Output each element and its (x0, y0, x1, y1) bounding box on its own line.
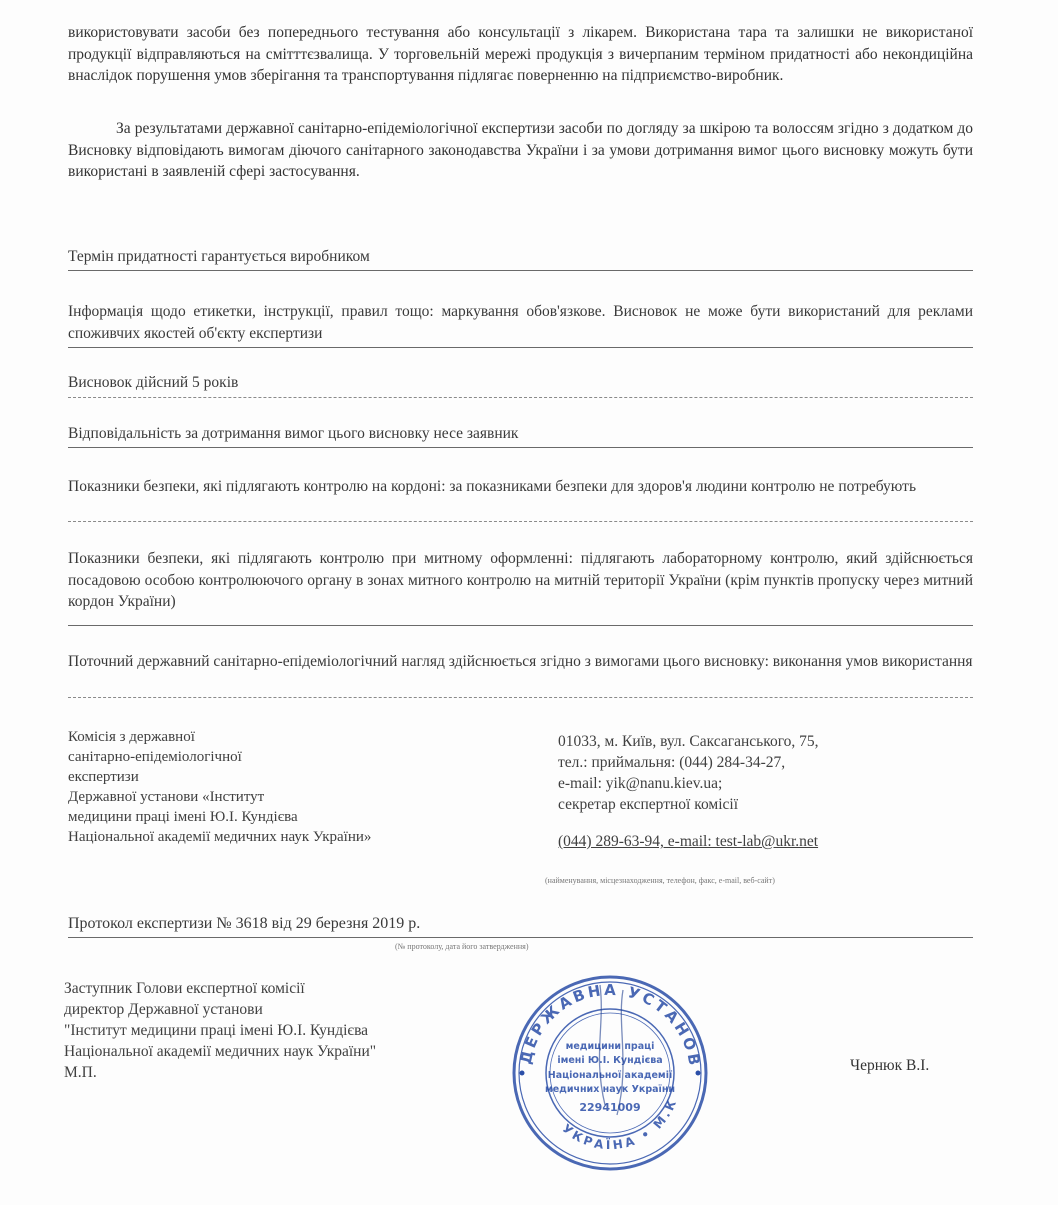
svg-text:медичних наук України: медичних наук України (545, 1084, 675, 1095)
commission-line: експертизи (68, 767, 371, 787)
signer-name: Чернюк В.І. (850, 1057, 929, 1075)
secretary-contact-line: (044) 289-63-94, e-mail: test-lab@ukr.ne… (558, 831, 819, 852)
commission-line: Національної академії медичних наук Укра… (68, 827, 371, 847)
divider (68, 625, 973, 626)
svg-text:імені Ю.І. Кундієва: імені Ю.І. Кундієва (557, 1055, 662, 1066)
secretary-line: секретар експертної комісії (558, 794, 819, 815)
svg-text:Національної академії: Національної академії (548, 1070, 673, 1081)
commission-block: Комісія з державної санітарно-епідеміоло… (68, 727, 371, 847)
protocol-caption: (№ протоколу, дата його затвердження) (395, 942, 528, 951)
commission-line: Комісія з державної (68, 727, 371, 747)
conclusion-text: За результатами державної санітарно-епід… (68, 120, 973, 180)
stamp-outer-text: ДЕРЖАВНА УСТАНОВА (505, 965, 704, 1069)
contact-caption: (найменування, місцезнаходження, телефон… (545, 876, 775, 885)
divider (68, 447, 973, 448)
field-validity: Висновок дійсний 5 років (68, 372, 973, 394)
conclusion-paragraph: За результатами державної санітарно-епід… (68, 118, 973, 183)
field-customs-control: Показники безпеки, які підлягають контро… (68, 548, 973, 613)
protocol-line: Протокол експертизи № 3618 від 29 березн… (68, 913, 973, 935)
svg-text:22941009: 22941009 (579, 1101, 640, 1114)
signature-line: Заступник Голови експертної комісії (64, 978, 376, 999)
svg-text:медицини праці: медицини праці (566, 1041, 655, 1052)
commission-line: санітарно-епідеміологічної (68, 747, 371, 767)
divider (68, 521, 973, 522)
signature-line: Національної академії медичних наук Укра… (64, 1041, 376, 1062)
official-stamp: ДЕРЖАВНА УСТАНОВА УКРАЇНА • М.КИЇВ медиц… (505, 965, 715, 1180)
email-line: e-mail: yik@nanu.kiev.ua; (558, 773, 819, 794)
signature-line: М.П. (64, 1062, 376, 1083)
commission-line: медицини праці імені Ю.І. Кундієва (68, 807, 371, 827)
divider (68, 937, 973, 938)
divider (68, 697, 973, 698)
divider (68, 397, 973, 398)
field-supervision: Поточний державний санітарно-епідеміолог… (68, 651, 973, 673)
address-line: 01033, м. Київ, вул. Саксаганського, 75, (558, 731, 819, 752)
field-shelf-life: Термін придатності гарантується виробник… (68, 246, 973, 268)
document-page: використовувати засоби без попереднього … (0, 0, 1058, 1205)
phone-line: тел.: приймальня: (044) 284-34-27, (558, 752, 819, 773)
divider (68, 270, 973, 271)
contact-block: 01033, м. Київ, вул. Саксаганського, 75,… (558, 731, 819, 852)
field-responsibility: Відповідальність за дотримання вимог цьо… (68, 423, 973, 445)
signature-block: Заступник Голови експертної комісії дире… (64, 978, 376, 1083)
commission-line: Державної установи «Інститут (68, 787, 371, 807)
signature-line: "Інститут медицини праці імені Ю.І. Кунд… (64, 1020, 376, 1041)
signature-line: директор Державної установи (64, 999, 376, 1020)
stamp-seal-icon: ДЕРЖАВНА УСТАНОВА УКРАЇНА • М.КИЇВ медиц… (505, 965, 715, 1180)
divider (68, 347, 973, 348)
intro-paragraph: використовувати засоби без попереднього … (68, 22, 973, 87)
field-border-control: Показники безпеки, які підлягають контро… (68, 476, 973, 498)
svg-text:ДЕРЖАВНА УСТАНОВА: ДЕРЖАВНА УСТАНОВА (505, 965, 704, 1069)
field-label-info: Інформація щодо етикетки, інструкції, пр… (68, 301, 973, 344)
